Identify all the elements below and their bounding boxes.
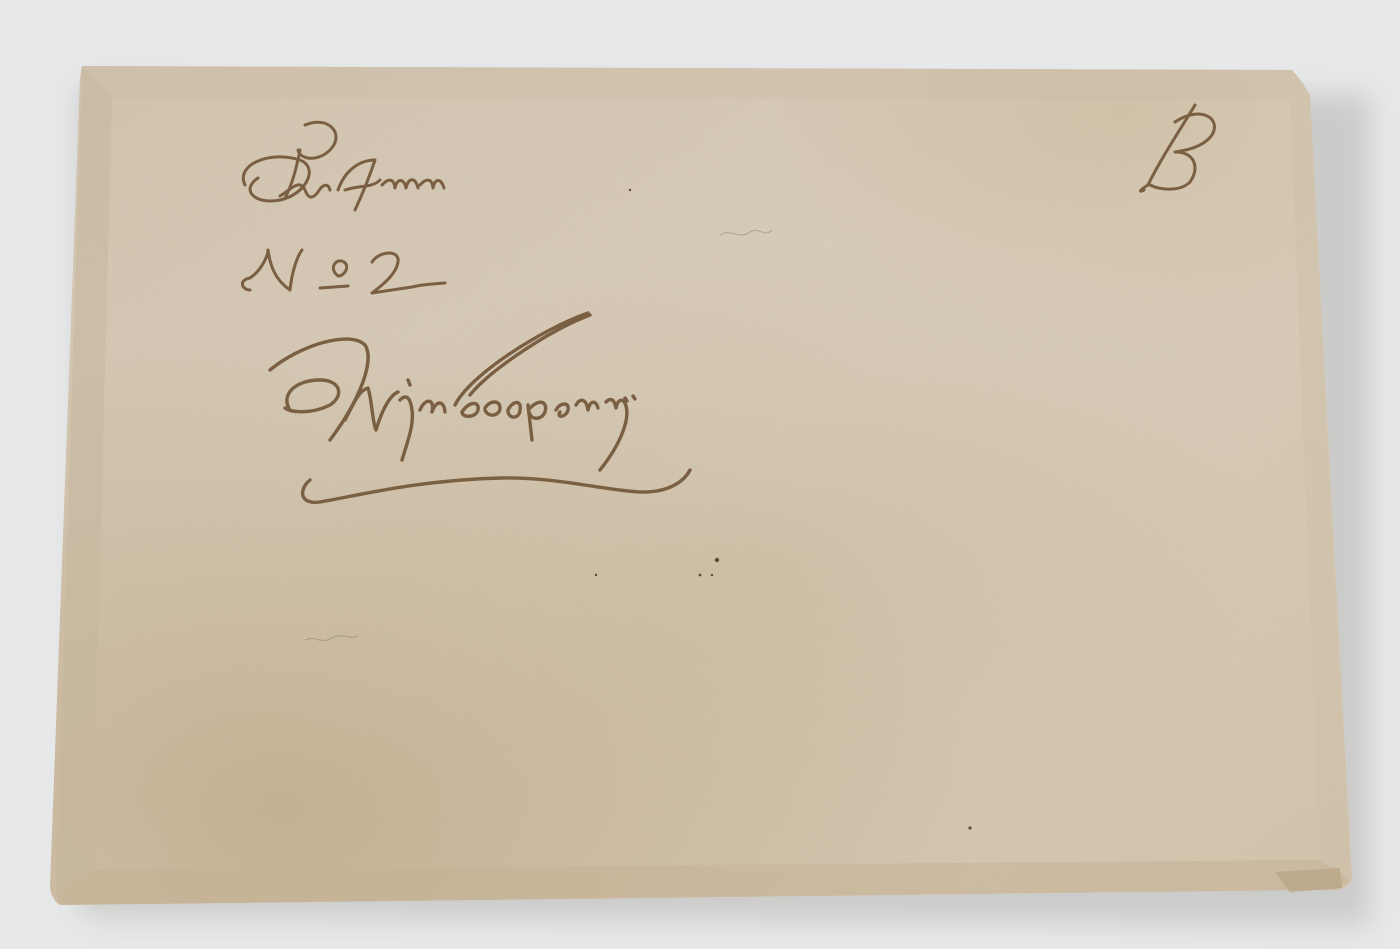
- envelope: [0, 0, 1400, 949]
- photo-stage: Kirchen No 2 Wijnkooperij B: [0, 0, 1400, 949]
